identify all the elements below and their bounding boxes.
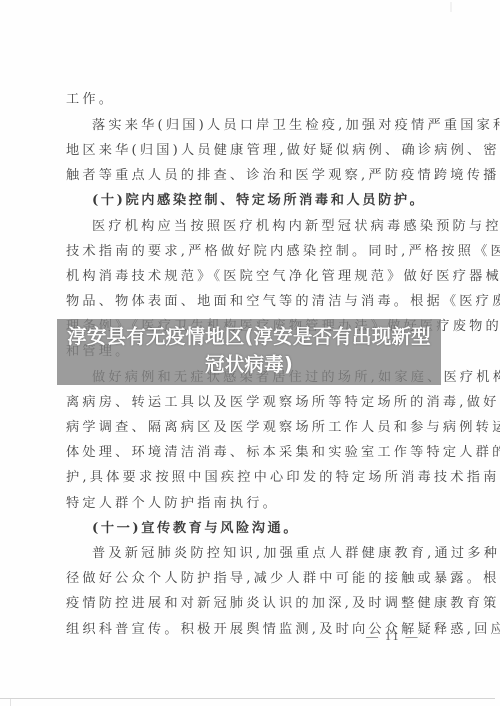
text-line: 触者等重点人员的排查、诊治和医学观察,严防疫情跨境传播。 xyxy=(66,168,432,184)
page-number: — 11 — xyxy=(366,629,420,644)
section-heading: (十)院内感染控制、特定场所消毒和人员防护。 xyxy=(92,193,425,209)
text-line: 地区来华(归国)人员健康管理,做好疑似病例、确诊病例、密切接 xyxy=(66,143,432,159)
text-line: 径做好公众个人防护指导,减少人群中可能的接触或暴露。根据 xyxy=(66,571,432,587)
text-line: 离病房、转运工具以及医学观察场所等特定场所的消毒,做好流行 xyxy=(66,395,432,411)
text-line: 技术指南的要求,严格做好院内感染控制。同时,严格按照《医疗 xyxy=(66,244,432,260)
text-line: 疫情防控进展和对新冠肺炎认识的加深,及时调整健康教育策略, xyxy=(66,596,432,612)
scan-artifact xyxy=(450,2,452,12)
text-line: 物品、物体表面、地面和空气等的清洁与消毒。根据《医疗废物管 xyxy=(66,294,432,310)
text-line: 落实来华(归国)人员口岸卫生检疫,加强对疫情严重国家和 xyxy=(92,118,432,134)
document-page: 工作。 落实来华(归国)人员口岸卫生检疫,加强对疫情严重国家和 地区来华(归国)… xyxy=(0,0,500,706)
text-line: 机构消毒技术规范》《医院空气净化管理规范》做好医疗器械、污染 xyxy=(66,269,432,285)
page-bottom-edge xyxy=(0,698,495,699)
section-heading: (十一)宣传教育与风险沟通。 xyxy=(92,521,299,537)
text-line: 普及新冠肺炎防控知识,加强重点人群健康教育,通过多种途 xyxy=(92,546,432,562)
title-overlay-banner: 淳安县有无疫情地区(淳安是否有出现新型冠状病毒) xyxy=(57,319,441,385)
scan-artifact xyxy=(10,699,11,706)
text-line: 病学调查、隔离病区及医学观察场所工作人员和参与病例转运、尸 xyxy=(66,420,432,436)
text-line: 护,具体要求按照中国疾控中心印发的特定场所消毒技术指南和 xyxy=(66,470,432,486)
text-line: 工作。 xyxy=(66,92,115,108)
text-line: 医疗机构应当按照医疗机构内新型冠状病毒感染预防与控制 xyxy=(92,219,432,235)
text-line: 体处理、环境清洁消毒、标本采集和实验室工作等特定人群的防 xyxy=(66,445,432,461)
overlay-title: 淳安县有无疫情地区(淳安是否有出现新型冠状病毒) xyxy=(65,323,433,379)
text-line: 特定人群个人防护指南执行。 xyxy=(66,496,279,512)
